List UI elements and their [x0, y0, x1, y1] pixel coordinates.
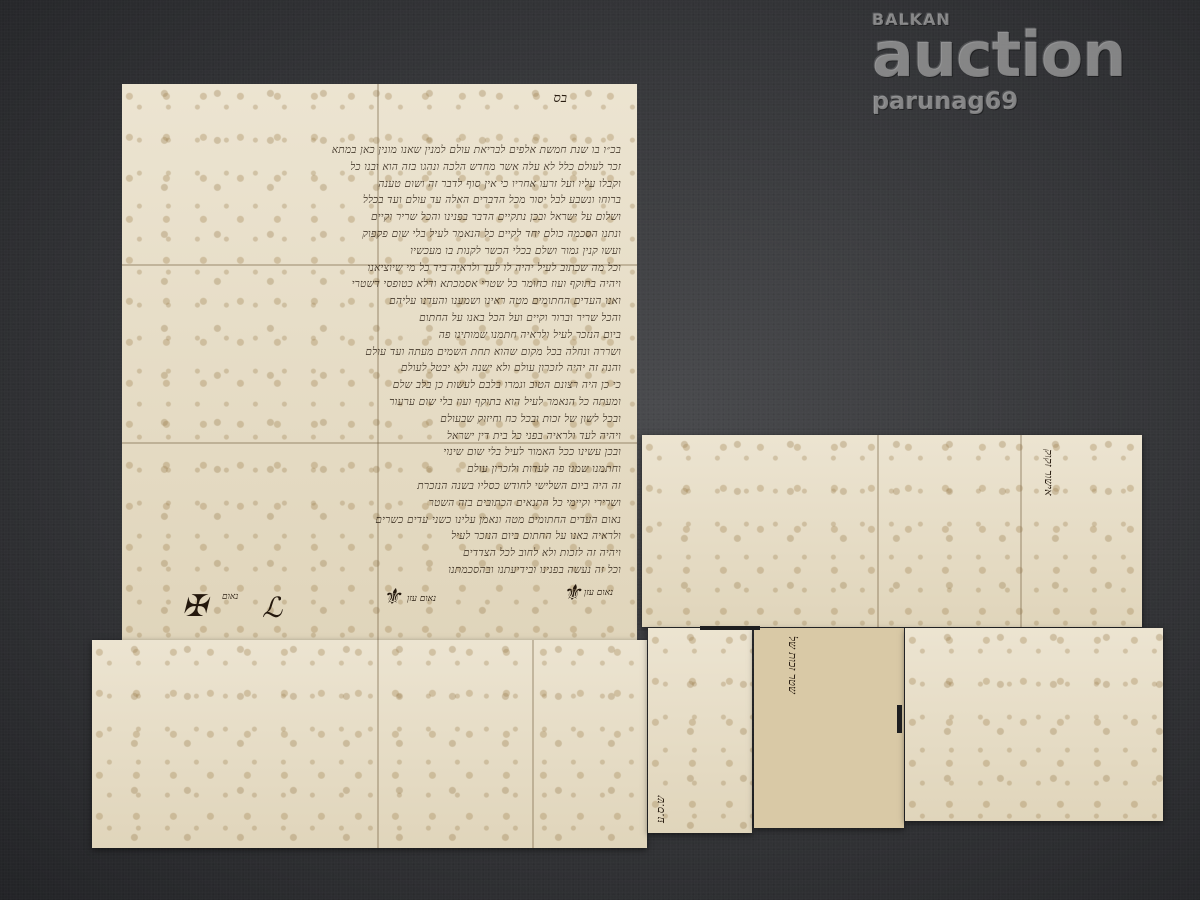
document-front-page: בס בכ״ו בו שנת חמשת אלפים לבריאת עולם למ…	[122, 84, 637, 644]
text-line: וכל זה נעשה בפנינו ובידיעתנו ובהסכמתנו	[150, 562, 621, 579]
text-line: ומעתה כל הנאמר לעיל הוא בתוקף ועוז בלי ש…	[150, 394, 621, 411]
signature-label: נאום עזן	[407, 593, 436, 604]
signature-row: ✠ נאום ℒ ⚜ נאום עזן ⚜ נאום עזן	[162, 579, 617, 649]
paper-tear	[700, 626, 760, 630]
text-line: ושלום על ישראל ובכן נתקיים הדבר בפנינו ו…	[150, 209, 621, 226]
text-line: ובכן עשינו ככל האמור לעיל בלי שום שינוי	[150, 444, 621, 461]
document-reverse-top: אישור זקוק	[642, 435, 1142, 627]
text-line: כי כן היה רצונם הטוב וגמרו בלבם לעשות כן…	[150, 377, 621, 394]
text-line: נאום העדים החתומים מטה ונאמן עלינו כשני …	[150, 512, 621, 529]
text-line: ובכל לשון של זכות ובכל כח וחיזוק שבעולם	[150, 411, 621, 428]
handwritten-text: בכ״ו בו שנת חמשת אלפים לבריאת עולם למנין…	[150, 142, 621, 579]
signature-flourish-icon: ℒ	[262, 591, 282, 624]
signature-mark-icon: ✠	[182, 589, 207, 624]
page-marker: בס	[553, 90, 567, 106]
text-line: והכל שריר וברור וקיים ועל הכל באנו על הח…	[150, 310, 621, 327]
signature-label: נאום עזן	[584, 587, 613, 598]
text-line: זה היה ביום השלישי לחודש כסליו בשנה הנזכ…	[150, 478, 621, 495]
reverse-note: אישור זקוק	[1042, 449, 1055, 619]
text-line: ועשו קנין גמור ושלם בכלי הכשר לקנות בו מ…	[150, 243, 621, 260]
text-line: וכל מה שכתוב לעיל יהיה לו לעד ולראיה ביד…	[150, 260, 621, 277]
paper-tear	[897, 705, 902, 733]
text-line: ולראיה באנו על החתום ביום הנזכר לעיל	[150, 528, 621, 545]
reverse-note: ש.ס.ע	[654, 723, 667, 823]
document-reverse-bottom-left: ש.ס.ע	[648, 628, 752, 833]
document-reverse-bottom-middle: שטר זכות של	[754, 628, 904, 828]
signature-label: נאום	[222, 591, 238, 602]
text-line: זכר לעולם כלל לא עלה אשר מחדש הלכה ונהגו…	[150, 159, 621, 176]
text-line: בכ״ו בו שנת חמשת אלפים לבריאת עולם למנין…	[150, 142, 621, 159]
fold-line	[377, 640, 379, 848]
signature-seal-icon: ⚜	[382, 585, 402, 610]
text-line: וקבלו עליו ועל זרעו אחריו כי אין סוף לדב…	[150, 176, 621, 193]
text-line: ברוחו ונשבע לבל יסור מכל הדברים האלה עד …	[150, 192, 621, 209]
text-line: ושררה ונחלה בכל מקום שהוא תחת השמים מעתה…	[150, 344, 621, 361]
text-line: ושרירי וקיימי כל התנאים הכתובים בזה השטר	[150, 495, 621, 512]
watermark-main: auction	[872, 27, 1125, 83]
fold-line	[532, 640, 534, 848]
reverse-note: שטר זכות של	[786, 636, 799, 821]
text-line: ביום הנזכר לעיל ולראיה חתמנו שמותינו פה	[150, 327, 621, 344]
text-line: ונתנו הסכמה כולם יחד לקיים כל הנאמר לעיל…	[150, 226, 621, 243]
text-line: ויהיה זה לזכות ולא לחוב לכל הצדדים	[150, 545, 621, 562]
text-line: והנה זה יהיה לזכרון עולם ולא ישנה ולא יב…	[150, 360, 621, 377]
text-line: וחתמנו שמנו פה לעדות ולזכרון עולם	[150, 461, 621, 478]
text-line: ויהיה לעד ולראיה בפני כל בית דין ישראל	[150, 428, 621, 445]
document-front-lower-fold	[92, 640, 647, 848]
text-line: ואנו העדים החתומים מטה ראינו ושמענו והעד…	[150, 293, 621, 310]
signature-seal-icon: ⚜	[562, 581, 582, 606]
watermark: BALKAN auction parunag69	[872, 10, 1125, 115]
fold-line	[877, 435, 879, 627]
document-reverse-bottom-right	[905, 628, 1163, 821]
watermark-user: parunag69	[872, 87, 1125, 115]
text-line: ויהיה בתוקף ועוז כחומר כל שטרי אסמכתא וד…	[150, 276, 621, 293]
fold-line	[1020, 435, 1022, 627]
